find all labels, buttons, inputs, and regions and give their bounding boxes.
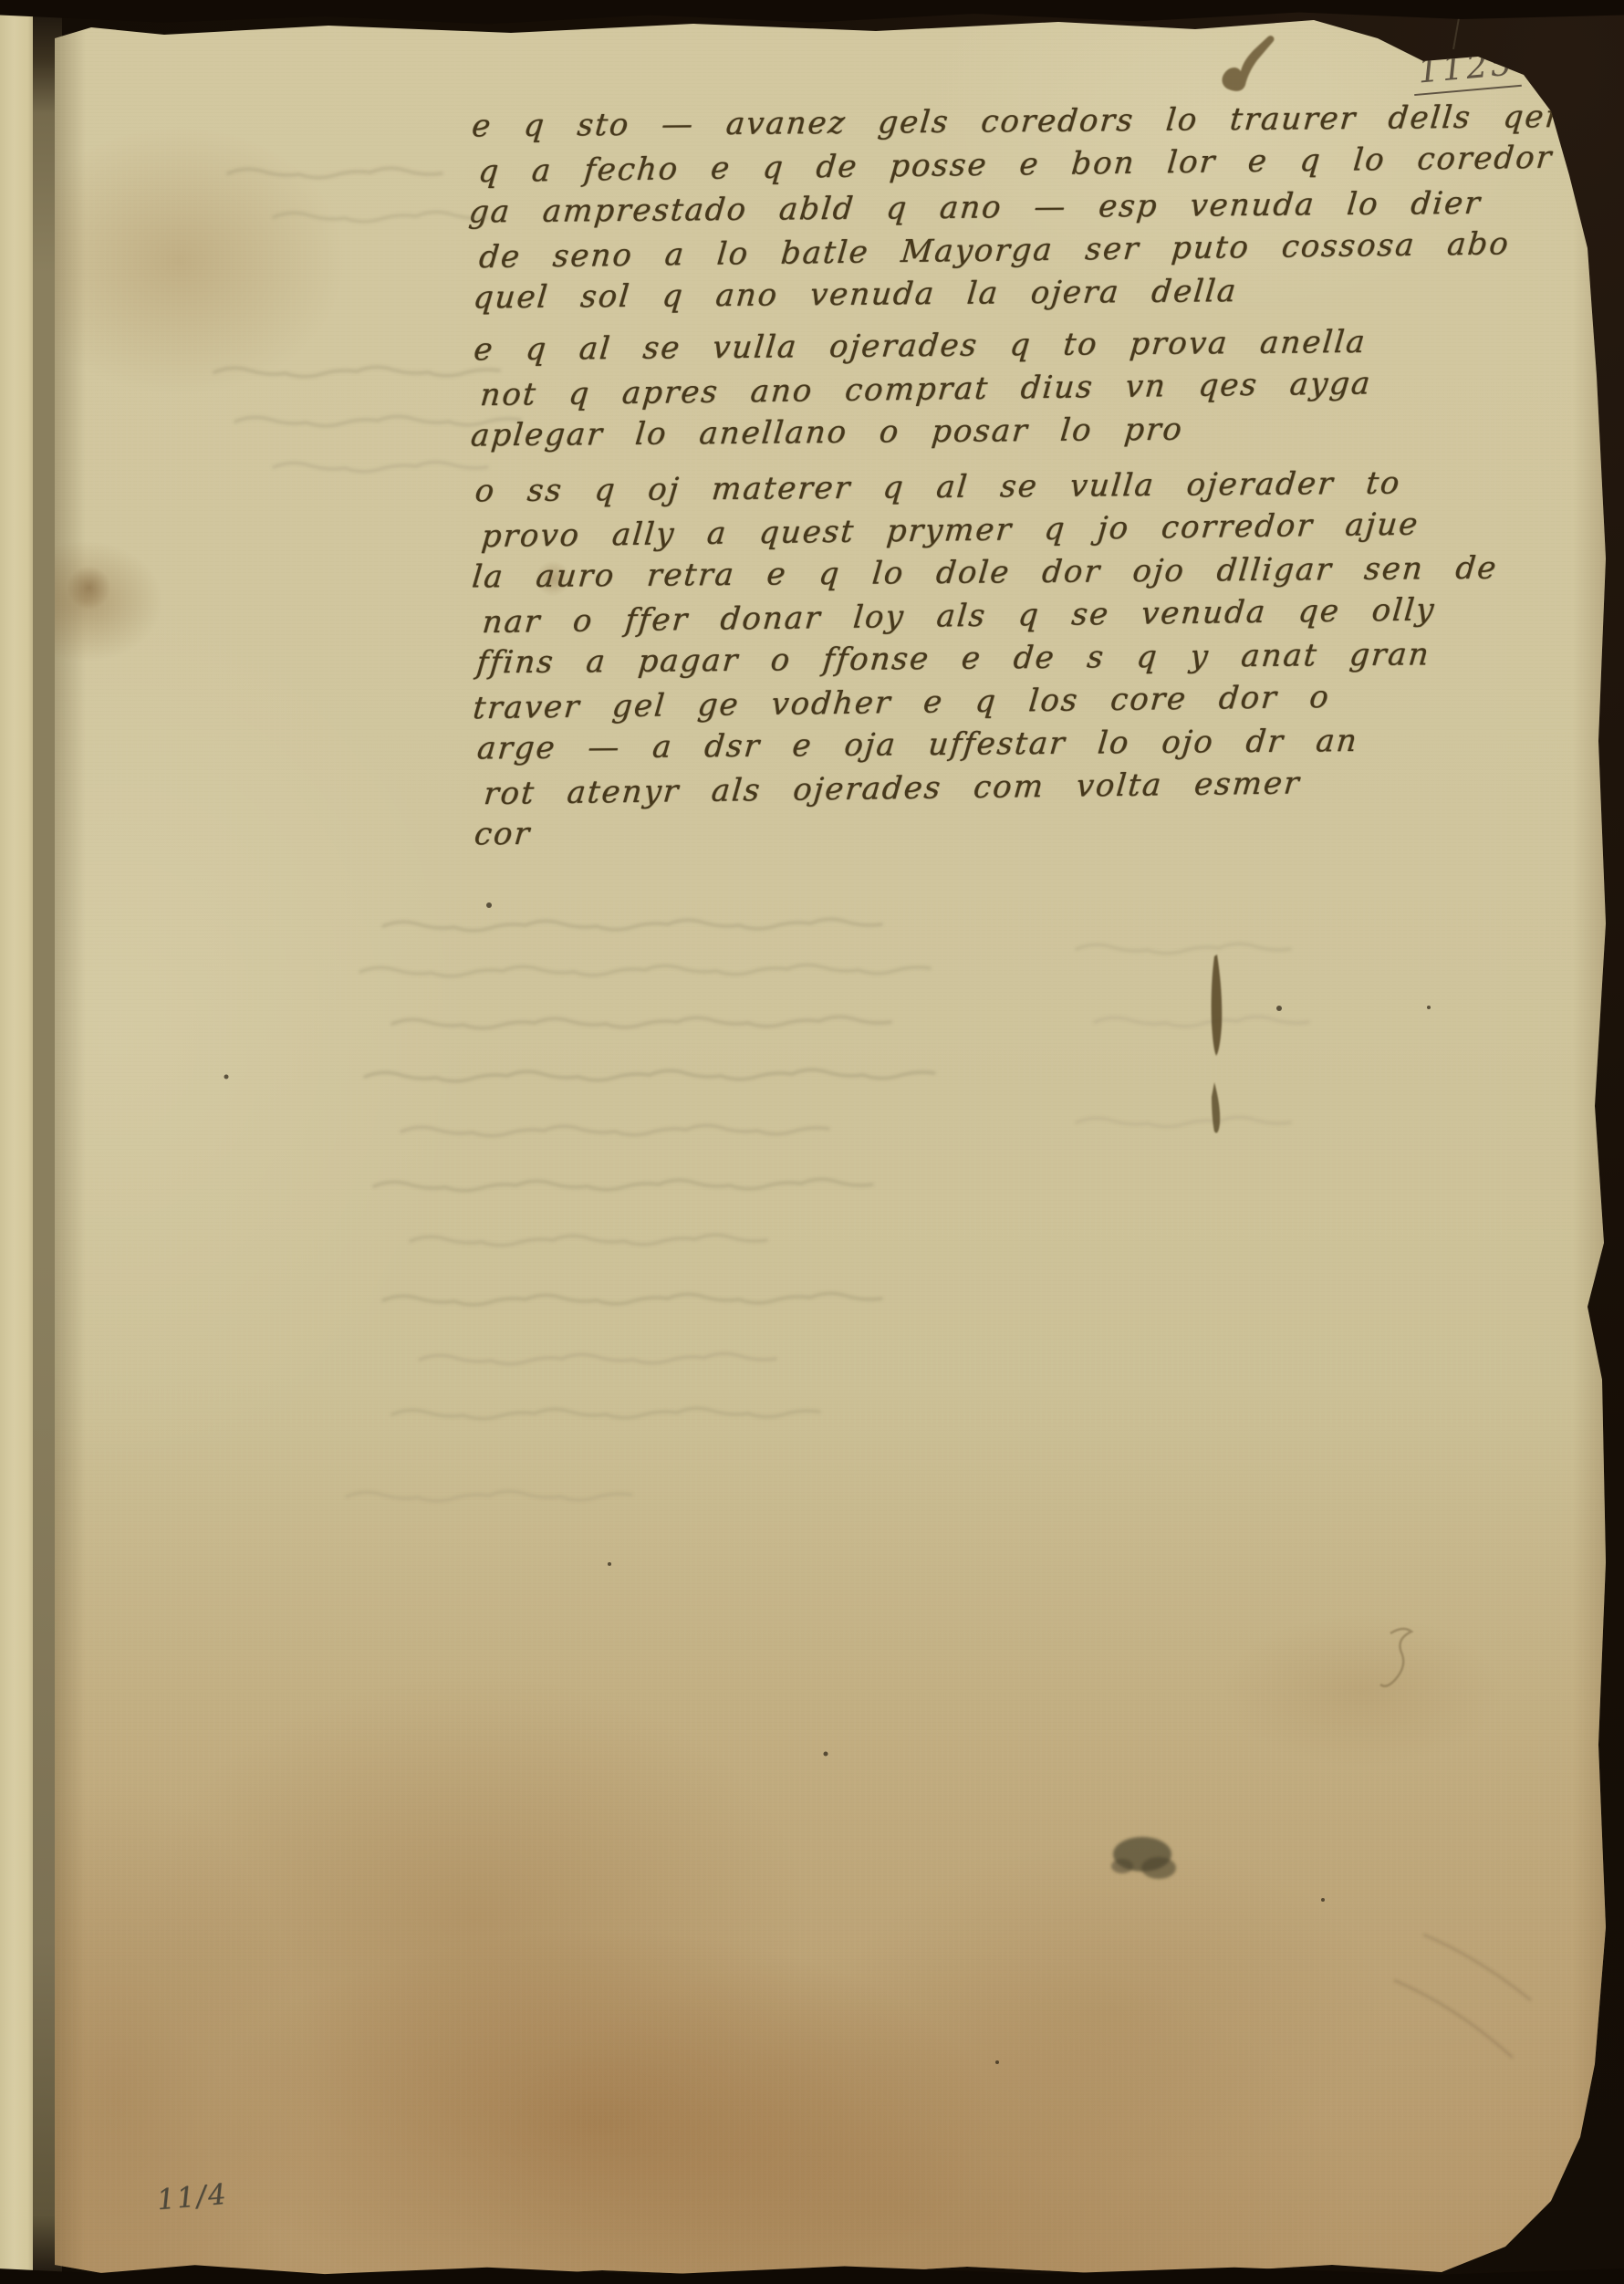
manuscript-scan: e q sto — avanez gels coredors lo traure… (0, 0, 1624, 2284)
paragraph: e q al se vulla ojerades q to prova anel… (474, 318, 1624, 457)
book-fore-edge-strip (0, 0, 35, 2284)
manuscript-text-block: e q sto — avanez gels coredors lo traure… (45, 5, 1621, 2284)
paragraph: e q sto — avanez gels coredors lo traure… (472, 95, 1623, 319)
manuscript-line: cor (473, 803, 1624, 856)
page-number: 1125 (1411, 43, 1522, 96)
manuscript-page: e q sto — avanez gels coredors lo traure… (55, 11, 1611, 2281)
paragraph: o ss q oj materer q al se vulla ojerader… (475, 460, 1624, 856)
backing-top-band (0, 0, 1624, 27)
manuscript-line: quel sol q ano venuda la ojera della (472, 266, 1624, 319)
manuscript-line: aplegar lo anellano o posar lo pro (469, 404, 1624, 457)
folio-annotation: 11/4 (156, 2178, 229, 2217)
